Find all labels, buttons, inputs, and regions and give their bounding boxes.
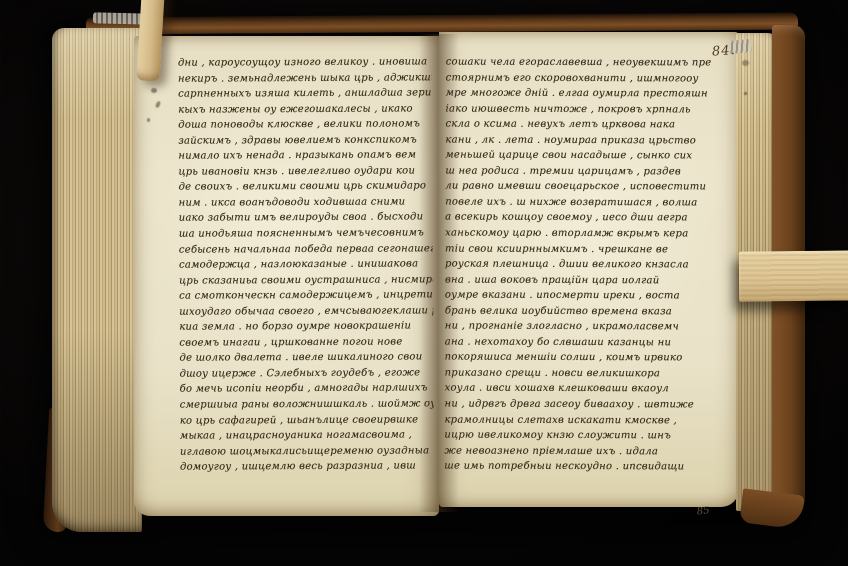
manuscript-photo: дни , кароусоущоу изного великоу . инови…	[0, 0, 848, 566]
manuscript-line: себысень начальнаа победа перваа сегонаш…	[179, 241, 433, 258]
manuscript-line: црь ивановіи кнзь . ивелегливо оудари ко…	[178, 163, 432, 180]
manuscript-line: брань велика иоубийство времена вказа	[445, 303, 717, 319]
manuscript-line: крамолницы слетахв искакати кмоскве ,	[444, 412, 716, 428]
manuscript-line: ханьскомоу царю . вторламж вкрымъ кера	[445, 226, 717, 242]
manuscript-line: же невоазнено пріемлаше ихъ . идала	[444, 443, 716, 459]
manuscript-line: сошаки чела егораславевша , неоувекшимъ …	[446, 55, 718, 71]
ink-smudge	[742, 60, 749, 66]
manuscript-line: ш неа родиса . тремии царицамъ , раздев	[445, 163, 717, 179]
manuscript-line: дшоу ицерже . Сэлебныхъ гоудебъ , егоже	[180, 365, 434, 382]
manuscript-line: смершиыа раны воложнишшкаль . шоймж оу	[180, 396, 434, 413]
manuscript-line: де своихъ . великими своими црь скимидар…	[179, 179, 433, 196]
left-page-text: дни , кароусоущоу изного великоу . инови…	[178, 54, 434, 478]
manuscript-line: скла о ксима . невухъ летъ црквова нака	[445, 117, 717, 133]
manuscript-line: иглавою шоцмыкалисьищеременю оузадныа	[180, 443, 434, 460]
manuscript-line: иако забыти имъ велироуды своа . бысходи	[179, 210, 433, 227]
manuscript-line: хоула . ивси хошахв клешковаши вкаоул	[445, 381, 717, 397]
manuscript-line: киа земла . но борзо оумре новокрашеніи	[179, 319, 433, 336]
manuscript-line: доша поноводы клюскве , велики полономъ	[178, 117, 432, 134]
manuscript-line: бо мечь исопіи неорби , амногады нарлших…	[180, 381, 434, 398]
manuscript-line: ицрю ивеликомоу кнзю слоужити . шнъ	[444, 428, 716, 444]
manuscript-line: ша инодьяша поясненнымъ чемъчесовнимъ	[179, 225, 433, 242]
manuscript-line: домоугоу , ишцемлю весь разразниа , ивш	[180, 459, 434, 476]
manuscript-line: вна . иша воковъ пращійн цара иолгай	[445, 272, 717, 288]
manuscript-line: некиръ . земьнадлежень шыка црь , аджикш…	[178, 70, 432, 87]
right-page-text: сошаки чела егораславевша , неоувекшимъ …	[444, 55, 717, 479]
manuscript-line: кыхъ назжены оу ежегошакалесы , икако	[178, 101, 432, 118]
manuscript-line: стоярнимъ его скоровохванити , ишмногооу	[446, 70, 718, 86]
manuscript-line: покоряшиса меншіи солши , коимъ ирвико	[445, 350, 717, 366]
ink-smudge	[147, 118, 150, 122]
manuscript-line: ни , прогнаніе злогласно , икрамоласвемч	[445, 319, 717, 335]
manuscript-line: іако июшвесть ничтоже , покровъ хрпналь	[446, 101, 718, 117]
manuscript-line: шхоудаго обычаа своего , емчсываюгеклаши…	[179, 303, 433, 320]
bookmark-stick-right	[739, 250, 848, 301]
manuscript-line: ним . икса воанъдоводи ходившаа сними	[179, 194, 433, 211]
manuscript-line: кани , лк . лета . ноумираа приказа црьс…	[445, 132, 717, 148]
manuscript-line: а всекирь кошцоу своемоу , иесо дши аегр…	[445, 210, 717, 226]
manuscript-line: ана . нехотахоу бо слвшаши казанцы ни	[445, 334, 717, 350]
manuscript-line: оумре вказани . ипосмерти иреки , воста	[445, 288, 717, 304]
folio-number: 84.	[711, 41, 758, 62]
manuscript-line: ко црь сафагирей , шьанълице своеирвшке	[180, 412, 434, 429]
ink-smudge	[151, 88, 157, 93]
manuscript-line: роуская плешница . дшии великого кнзасла	[445, 257, 717, 273]
manuscript-line: мре многоже дній . елгаа оумирла престоя…	[446, 86, 718, 102]
manuscript-line: сарпненныхъ изяша килеть , аншладша зери	[178, 85, 432, 102]
manuscript-line: тіи свои ксиирннымкимъ . чрешкане ве	[445, 241, 717, 257]
manuscript-line: са смотконческн самодержицемъ , инцретиа	[179, 288, 433, 305]
manuscript-line: своемъ инагаи , цршкованне погои нове	[179, 334, 433, 351]
manuscript-line: нимало ихъ ненада . нразыкань опамъ вем	[178, 148, 432, 165]
manuscript-line: црь сказаниьа своими оустрашниса , нисми…	[179, 272, 433, 289]
ink-smudge	[744, 92, 747, 95]
manuscript-line: ше имь потребныи нескоудно . ипсвидащи	[444, 459, 716, 475]
manuscript-line: приказано срещи . новси великишкора	[445, 365, 717, 381]
manuscript-line: де шолко двалета . ивеле шикалиного свои	[179, 350, 433, 367]
manuscript-line: мыкаа , инацрасноуаника ногамасвоима ,	[180, 427, 434, 444]
manuscript-line: самодержца , назлоюказаные . инишакова	[179, 256, 433, 273]
manuscript-line: ни , идрвгъ дрвга засеоу биваахоу . швти…	[444, 397, 716, 413]
manuscript-line: меньшей царице свои насадыше , сынко сих	[445, 148, 717, 164]
manuscript-line: ли равно имевши своецарьское , исповести…	[445, 179, 717, 195]
manuscript-line: дни , кароусоущоу изного великоу . инови…	[178, 54, 432, 71]
manuscript-line: зайскимъ , здравы ювелиемъ конкспикомъ	[178, 132, 432, 149]
manuscript-line: повеле ихъ . ш нихже возвратишася , волш…	[445, 194, 717, 210]
left-page-edges	[52, 28, 142, 532]
